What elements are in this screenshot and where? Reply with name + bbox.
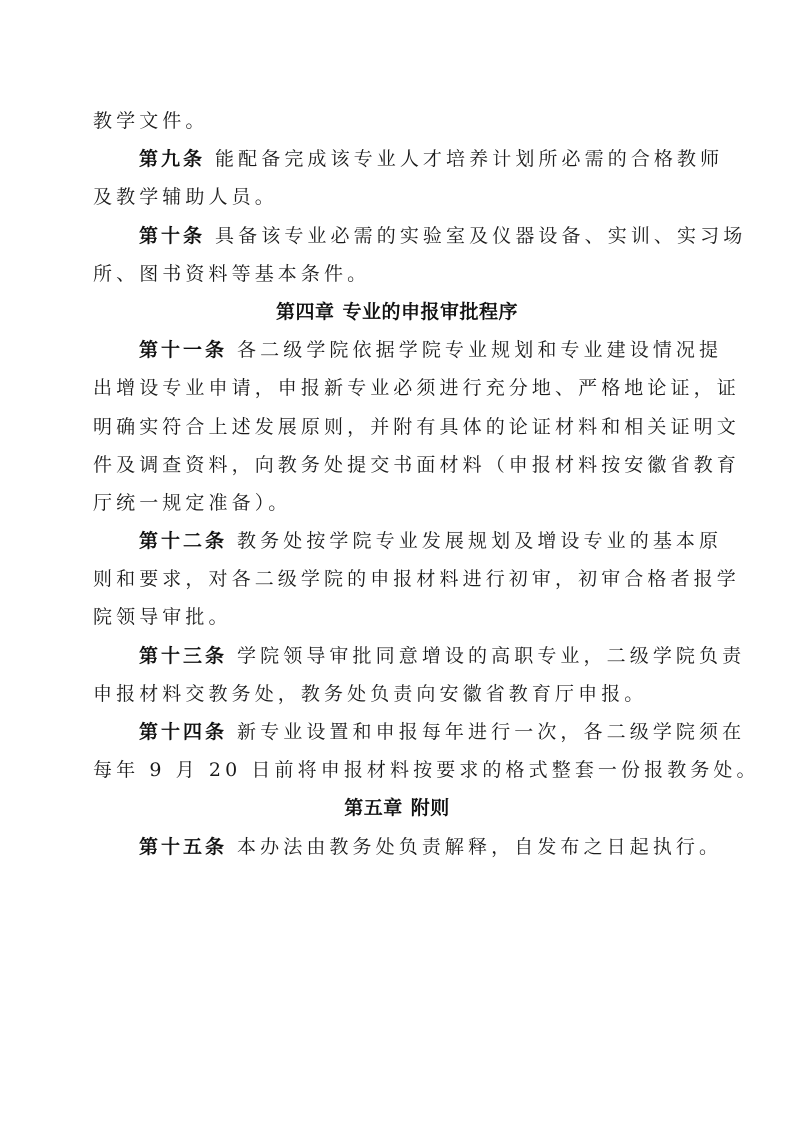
article-label: 第十条 [139, 225, 205, 247]
chapter-number: 第四章 [276, 301, 335, 323]
text-line: 院领导审批。 [93, 598, 701, 636]
article-10: 第十条具备该专业必需的实验室及仪器设备、实训、实习场 [93, 217, 701, 255]
article-13: 第十三条学院领导审批同意增设的高职专业，二级学院负责 [93, 637, 701, 675]
text-line: 及教学辅助人员。 [93, 178, 701, 216]
document-page: 教学文件。 第九条能配备完成该专业人才培养计划所必需的合格教师 及教学辅助人员。… [93, 102, 701, 866]
line-text: 及教学辅助人员。 [93, 186, 278, 208]
article-text: 教务处按学院专业发展规划及增设专业的基本原 [237, 530, 722, 552]
line-text: 出增设专业申请，申报新专业必须进行充分地、严格地论证，证 [93, 377, 740, 399]
article-15: 第十五条本办法由教务处负责解释，自发布之日起执行。 [93, 828, 701, 866]
text-line: 则和要求，对各二级学院的申报材料进行初审，初审合格者报学 [93, 560, 701, 598]
line-text: 教学文件。 [93, 110, 209, 132]
article-text: 本办法由教务处负责解释，自发布之日起执行。 [237, 836, 722, 858]
text-line: 出增设专业申请，申报新专业必须进行充分地、严格地论证，证 [93, 369, 701, 407]
chapter-5-heading: 第五章附则 [93, 789, 701, 827]
line-text: 每年 9 月 20 日前将申报材料按要求的格式整套一份报教务处。 [93, 759, 760, 781]
line-text: 厅统一规定准备）。 [93, 492, 291, 514]
article-label: 第十二条 [139, 530, 227, 552]
line-text: 所、图书资料等基本条件。 [93, 263, 370, 285]
article-9: 第九条能配备完成该专业人才培养计划所必需的合格教师 [93, 140, 701, 178]
text-line: 厅统一规定准备）。 [93, 484, 701, 522]
article-14: 第十四条新专业设置和申报每年进行一次，各二级学院须在 [93, 713, 701, 751]
line-text: 明确实符合上述发展原则，并附有具体的论证材料和相关证明文 [93, 416, 740, 438]
article-label: 第十四条 [139, 721, 227, 743]
chapter-4-heading: 第四章专业的申报审批程序 [93, 293, 701, 331]
article-text: 具备该专业必需的实验室及仪器设备、实训、实习场 [215, 225, 746, 247]
article-11: 第十一条各二级学院依据学院专业规划和专业建设情况提 [93, 331, 701, 369]
article-text: 各二级学院依据学院专业规划和专业建设情况提 [237, 339, 722, 361]
article-text: 能配备完成该专业人才培养计划所必需的合格教师 [215, 148, 723, 170]
article-label: 第九条 [139, 148, 205, 170]
text-line: 所、图书资料等基本条件。 [93, 255, 701, 293]
line-text: 申报材料交教务处，教务处负责向安徽省教育厅申报。 [93, 683, 647, 705]
chapter-title: 附则 [411, 797, 450, 819]
line-text: 则和要求，对各二级学院的申报材料进行初审，初审合格者报学 [93, 568, 740, 590]
article-text: 新专业设置和申报每年进行一次，各二级学院须在 [237, 721, 745, 743]
line-text: 件及调查资料，向教务处提交书面材料（申报材料按安徽省教育 [93, 454, 740, 476]
text-line: 件及调查资料，向教务处提交书面材料（申报材料按安徽省教育 [93, 446, 701, 484]
text-line: 每年 9 月 20 日前将申报材料按要求的格式整套一份报教务处。 [93, 751, 701, 789]
text-line: 明确实符合上述发展原则，并附有具体的论证材料和相关证明文 [93, 408, 701, 446]
article-12: 第十二条教务处按学院专业发展规划及增设专业的基本原 [93, 522, 701, 560]
chapter-title: 专业的申报审批程序 [343, 301, 519, 323]
line-text: 院领导审批。 [93, 606, 232, 628]
article-label: 第十五条 [139, 836, 227, 858]
chapter-number: 第五章 [344, 797, 403, 819]
text-line: 申报材料交教务处，教务处负责向安徽省教育厅申报。 [93, 675, 701, 713]
text-line: 教学文件。 [93, 102, 701, 140]
article-text: 学院领导审批同意增设的高职专业，二级学院负责 [237, 645, 745, 667]
article-label: 第十一条 [139, 339, 227, 361]
article-label: 第十三条 [139, 645, 227, 667]
